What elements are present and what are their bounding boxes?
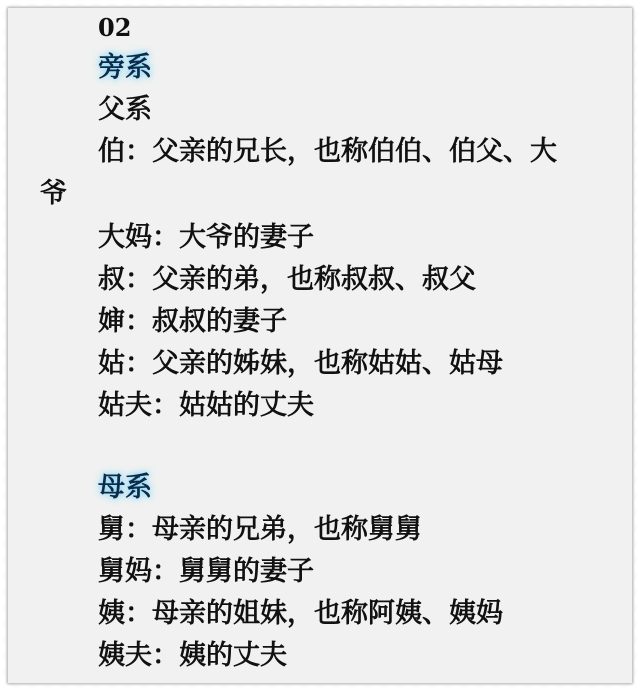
section-title: 旁系 [98,50,152,86]
maternal-line: 舅：母亲的兄弟，也称舅舅 [98,512,422,548]
document-body: 02 旁系 父系 伯：父亲的兄长，也称伯伯、伯父、大 爷 大妈：大爷的妻子 叔：… [8,8,632,683]
paternal-line: 大妈：大爷的妻子 [98,220,314,256]
section-number: 02 [98,10,131,46]
paternal-heading: 父系 [98,92,152,128]
paternal-line: 婶：叔叔的妻子 [98,304,287,340]
maternal-line: 舅妈：舅舅的妻子 [98,554,314,590]
paternal-line: 姑：父亲的姊妹，也称姑姑、姑母 [98,346,503,382]
paternal-line: 伯：父亲的兄长，也称伯伯、伯父、大 [98,134,557,170]
paternal-line: 姑夫：姑姑的丈夫 [98,388,314,424]
stamp-frame: 02 旁系 父系 伯：父亲的兄长，也称伯伯、伯父、大 爷 大妈：大爷的妻子 叔：… [8,8,632,683]
paternal-line-continuation: 爷 [40,176,67,212]
maternal-line: 姨：母亲的姐妹，也称阿姨、姨妈 [98,596,503,632]
maternal-heading: 母系 [98,470,152,506]
maternal-line: 姨夫：姨的丈夫 [98,638,287,674]
paternal-line: 叔：父亲的弟，也称叔叔、叔父 [98,262,476,298]
